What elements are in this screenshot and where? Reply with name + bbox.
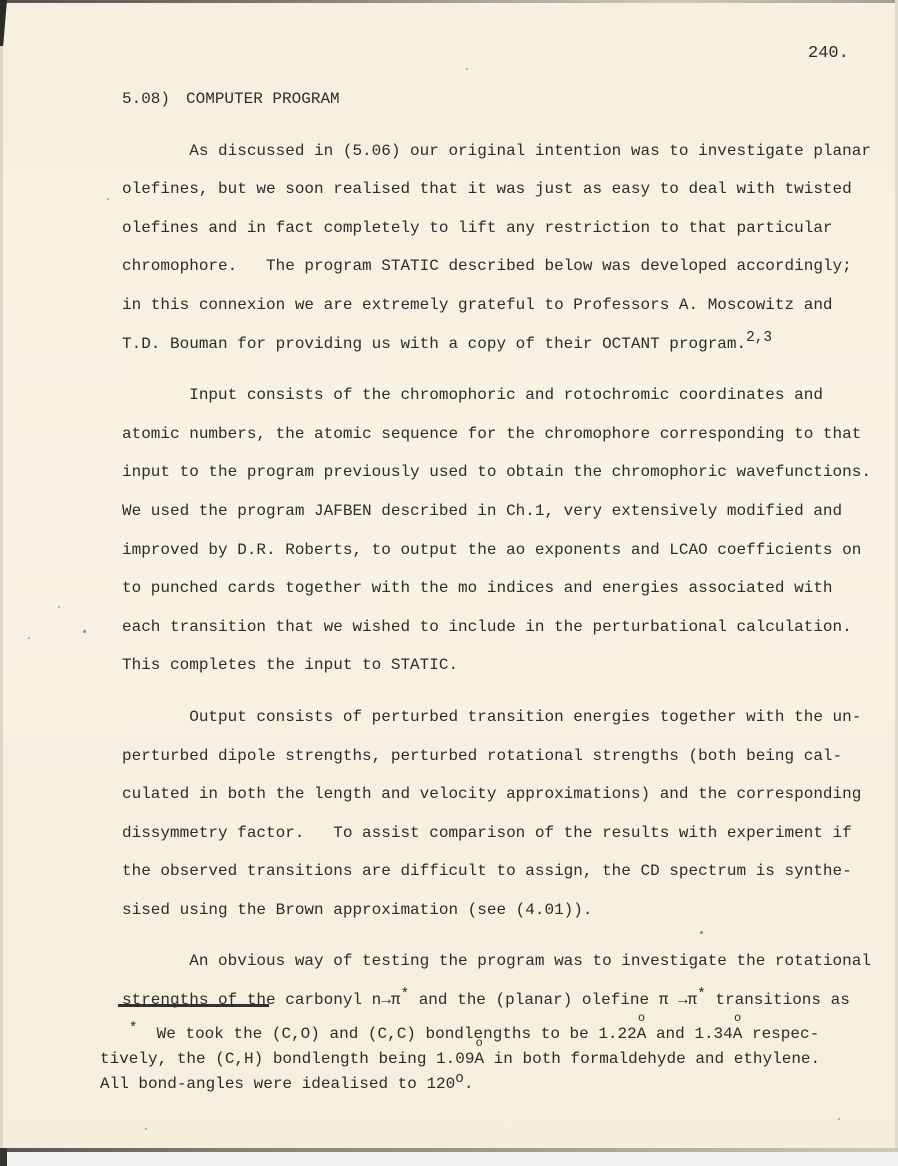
paragraph: An obvious way of testing the program wa… [122, 942, 894, 1019]
text-line: dissymmetry factor. To assist comparison… [122, 814, 894, 853]
text-line: in this connexion we are extremely grate… [122, 286, 894, 325]
section-number: 5.08) [122, 90, 170, 108]
scan-speck [83, 630, 86, 633]
scan-speck [466, 68, 468, 70]
text-line: As discussed in (5.06) our original inte… [122, 132, 894, 171]
text-line: to punched cards together with the mo in… [122, 569, 894, 608]
char-with-ring-above: Ao [637, 1022, 647, 1047]
ring-above: o [638, 1012, 645, 1024]
superscript: * [129, 1021, 138, 1037]
scan-speck [212, 227, 214, 230]
scan-speck [145, 1128, 147, 1130]
text-line: sised using the Brown approximation (see… [122, 891, 894, 930]
text-line: Output consists of perturbed transition … [122, 698, 894, 737]
text-line: olefines and in fact completely to lift … [122, 209, 894, 248]
paragraph: Output consists of perturbed transition … [122, 698, 894, 930]
char-with-ring-above: Ao [733, 1022, 743, 1047]
scan-corner-bottom-left [0, 1148, 7, 1166]
text-line: All bond-angles were idealised to 120o. [100, 1072, 890, 1097]
superscript: * [400, 987, 409, 1003]
text-line: tively, the (C,H) bondlength being 1.09A… [100, 1047, 890, 1072]
text-line: improved by D.R. Roberts, to output the … [122, 531, 894, 570]
text-line: Input consists of the chromophoric and r… [122, 376, 894, 415]
text-line: perturbed dipole strengths, perturbed ro… [122, 737, 894, 776]
text-line: culated in both the length and velocity … [122, 775, 894, 814]
paragraph: Input consists of the chromophoric and r… [122, 376, 894, 685]
text-line: chromophore. The program STATIC describe… [122, 247, 894, 286]
text-line: We used the program JAFBEN described in … [122, 492, 894, 531]
footnote: * We took the (C,O) and (C,C) bondlength… [100, 1022, 890, 1097]
superscript: o [455, 1071, 464, 1087]
paragraph: As discussed in (5.06) our original inte… [122, 132, 894, 364]
section-heading: 5.08)COMPUTER PROGRAM [122, 80, 894, 119]
scan-speck [838, 1118, 840, 1120]
footnote-separator [118, 1004, 269, 1007]
text-line: * We took the (C,O) and (C,C) bondlength… [100, 1022, 890, 1047]
ring-above: o [476, 1037, 483, 1049]
scan-speck [107, 198, 109, 200]
text-column: 5.08)COMPUTER PROGRAM As discussed in (5… [122, 80, 894, 1020]
text-line: each transition that we wished to includ… [122, 608, 894, 647]
scan-speck [28, 637, 30, 639]
text-line: strengths of the carbonyl n→π* and the (… [122, 981, 894, 1020]
text-line: An obvious way of testing the program wa… [122, 942, 894, 981]
scan-corner-top-left [0, 0, 7, 46]
ring-above: o [734, 1012, 741, 1024]
section-title: COMPUTER PROGRAM [186, 90, 340, 108]
text-line: T.D. Bouman for providing us with a copy… [122, 325, 894, 364]
text-line: input to the program previously used to … [122, 453, 894, 492]
scan-edge-left [0, 0, 3, 1151]
superscript: 2,3 [746, 330, 772, 346]
document-page: 240. 5.08)COMPUTER PROGRAM As discussed … [0, 0, 898, 1151]
text-line: olefines, but we soon realised that it w… [122, 170, 894, 209]
scan-edge-top [0, 0, 898, 3]
text-line: atomic numbers, the atomic sequence for … [122, 415, 894, 454]
scan-speck [58, 606, 60, 608]
superscript: * [697, 987, 706, 1003]
text-line: the observed transitions are difficult t… [122, 852, 894, 891]
scan-speck [700, 931, 703, 934]
scanned-page-background: { "page": { "number": "240.", "heading":… [0, 0, 898, 1166]
scan-edge-bottom [0, 1148, 898, 1152]
char-with-ring-above: Ao [474, 1047, 484, 1072]
text-line: This completes the input to STATIC. [122, 646, 894, 685]
page-number: 240. [808, 44, 849, 63]
